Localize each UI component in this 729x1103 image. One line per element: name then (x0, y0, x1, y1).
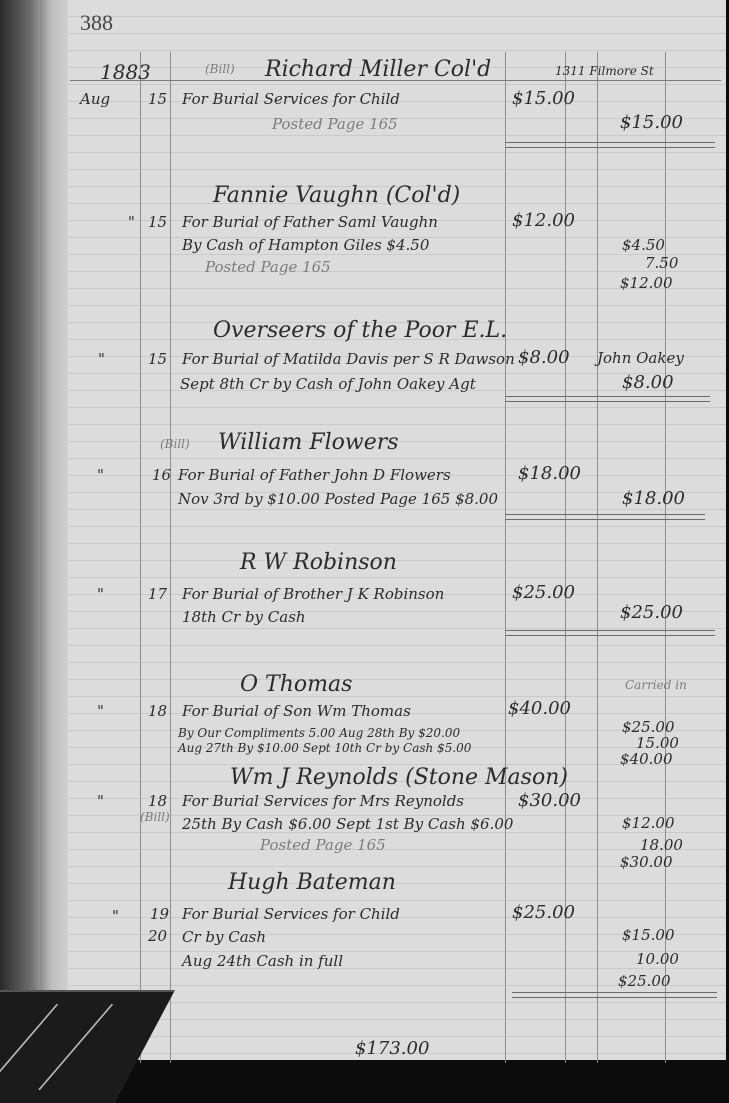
entry-charge: $30.00 (518, 790, 581, 811)
entry-credit-total: $30.00 (620, 853, 673, 871)
entry-line: For Burial of Matilda Davis per S R Daws… (182, 350, 515, 368)
cover-trim (38, 1004, 113, 1090)
entry-name: Richard Miller Col'd (265, 57, 491, 82)
entry-charge: $15.00 (512, 88, 575, 109)
entry-line: For Burial of Father Saml Vaughn (182, 213, 438, 231)
entry-charge: $8.00 (518, 347, 570, 368)
entry-address: 1311 Filmore St (555, 64, 654, 78)
entry-credit: $18.00 (622, 488, 685, 509)
entry-name: Fannie Vaughn (Col'd) (213, 183, 460, 208)
entry-charge: $25.00 (512, 902, 575, 923)
entry-credit: $12.00 (622, 814, 675, 832)
entry-credit: 7.50 (645, 254, 678, 272)
ledger-page (40, 0, 726, 1060)
entry-month: " (97, 466, 104, 484)
bill-mark: (Bill) (205, 62, 235, 76)
entry-credit: 10.00 (636, 950, 679, 968)
entry-line: For Burial of Father John D Flowers (178, 466, 451, 484)
entry-line: For Burial Services for Mrs Reynolds (182, 792, 464, 810)
entry-note: John Oakey (597, 349, 684, 367)
entry-credit: $15.00 (620, 112, 683, 133)
entry-line: Aug 24th Cash in full (182, 952, 343, 970)
entry-line: For Burial of Son Wm Thomas (182, 702, 411, 720)
entry-charge: $25.00 (512, 582, 575, 603)
page-edge (40, 0, 68, 1060)
charge-column-rule (505, 52, 506, 1063)
entry-day: 17 (148, 585, 167, 603)
page-number: 388 (80, 10, 113, 36)
entry-charge: $40.00 (508, 698, 571, 719)
entry-line: Posted Page 165 (205, 258, 331, 276)
entry-day: 15 (148, 90, 167, 108)
entry-month: " (97, 792, 104, 810)
entry-close-rule (505, 630, 715, 636)
day-column-rule (170, 52, 171, 1063)
entry-credit: $15.00 (622, 926, 675, 944)
entry-credit: $25.00 (620, 602, 683, 623)
entry-note: Carried in (625, 678, 687, 692)
entry-line: 25th By Cash $6.00 Sept 1st By Cash $6.0… (182, 815, 513, 833)
entry-close-rule (505, 396, 710, 402)
entry-close-rule (512, 992, 717, 998)
entry-month: " (98, 350, 105, 368)
bill-mark: (Bill) (160, 437, 190, 451)
entry-month: " (97, 702, 104, 720)
entry-month: " (128, 213, 135, 231)
entry-charge: $18.00 (518, 463, 581, 484)
entry-month: " (97, 585, 104, 603)
entry-credit: $8.00 (622, 372, 674, 393)
entry-name: Hugh Bateman (228, 870, 396, 895)
entry-day: 16 (152, 466, 171, 484)
bill-mark: (Bill) (140, 810, 170, 824)
entry-credit-total: $25.00 (618, 972, 671, 990)
entry-line: Sept 8th Cr by Cash of John Oakey Agt (180, 375, 476, 393)
entry-name: William Flowers (218, 430, 399, 455)
entry-month: " (112, 907, 119, 925)
entry-day: 18 (148, 792, 167, 810)
entry-line: Cr by Cash (182, 928, 266, 946)
entry-line: Aug 27th By $10.00 Sept 10th Cr by Cash … (178, 741, 471, 755)
entry-month: Aug (80, 90, 110, 108)
entry-line: By Cash of Hampton Giles $4.50 (182, 236, 429, 254)
entry-name: Wm J Reynolds (Stone Mason) (230, 765, 568, 790)
year: 1883 (100, 60, 151, 84)
credit-column-rule (597, 52, 598, 1063)
entry-credit-total: $12.00 (620, 274, 673, 292)
entry-name: O Thomas (240, 672, 352, 697)
entry-name: Overseers of the Poor E.L. (213, 318, 507, 343)
book-gutter (0, 0, 42, 1103)
entry-charge: $12.00 (512, 210, 575, 231)
page-total: $173.00 (355, 1038, 429, 1059)
entry-line: For Burial Services for Child (182, 90, 400, 108)
entry-close-rule (505, 142, 715, 148)
date-column-rule (140, 52, 141, 1063)
entry-credit: 18.00 (640, 836, 683, 854)
credit-cents-rule (665, 52, 666, 1063)
entry-line: By Our Compliments 5.00 Aug 28th By $20.… (178, 726, 460, 740)
entry-day: 18 (148, 702, 167, 720)
entry-day: 19 (150, 905, 169, 923)
entry-credit-total: $40.00 (620, 750, 673, 768)
entry-line: For Burial Services for Child (182, 905, 400, 923)
entry-close-rule (505, 514, 705, 520)
entry-line: Nov 3rd by $10.00 Posted Page 165 $8.00 (178, 490, 498, 508)
entry-line: 18th Cr by Cash (182, 608, 306, 626)
entry-line: Posted Page 165 (272, 115, 398, 133)
entry-line: Posted Page 165 (260, 836, 386, 854)
entry-name: R W Robinson (240, 550, 397, 575)
entry-day-2: 20 (148, 927, 167, 945)
entry-day: 15 (148, 350, 167, 368)
entry-line: For Burial of Brother J K Robinson (182, 585, 444, 603)
entry-credit: $4.50 (622, 236, 665, 254)
entry-day: 15 (148, 213, 167, 231)
